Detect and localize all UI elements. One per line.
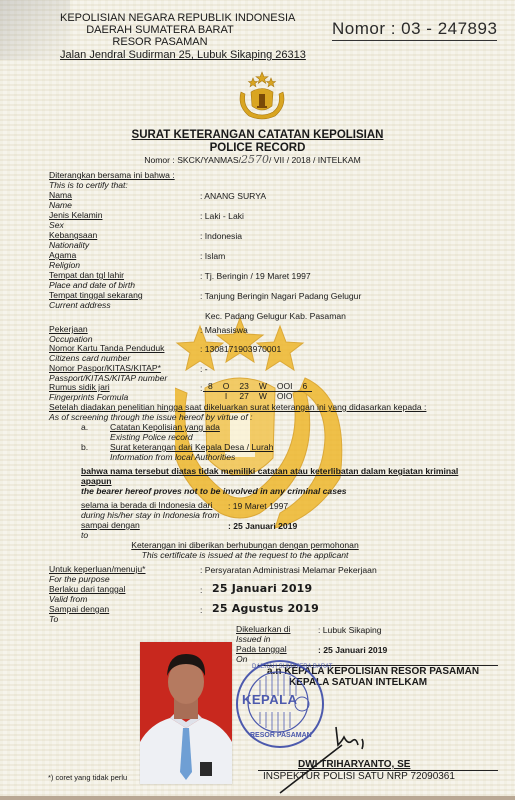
field-sex-label: Jenis Kelamin: [49, 210, 103, 220]
valid-to-value: 25 Agustus 2019: [212, 602, 319, 615]
field-address-value-2: Kec. Padang Gelugur Kab. Pasaman: [205, 311, 346, 321]
request-en: This certificate is issued at the reques…: [0, 550, 515, 560]
field-religion-label-en: Religion: [49, 260, 80, 270]
request-id: Keterangan ini diberikan berhubungan den…: [0, 540, 515, 550]
statement-en: the bearer hereof proves not to be invol…: [81, 486, 347, 496]
field-name-label: Nama: [49, 190, 72, 200]
doc-number-suffix: / VII / 2018 / INTELKAM: [269, 155, 361, 165]
stay-to-value: : 25 Januari 2019: [228, 521, 297, 531]
purpose-label-en: For the purpose: [49, 574, 110, 584]
serial-number: Nomor : 03 - 247893: [332, 19, 497, 41]
field-address-value: : Tanjung Beringin Nagari Padang Gelugur: [200, 291, 361, 301]
fp-top-5: 6: [297, 382, 312, 392]
stay-to-label: sampai dengan: [81, 520, 140, 530]
screening-item-a-en: Existing Police record: [110, 432, 193, 442]
fingerprint-row-top: 8 O 23 W OOI 6: [203, 382, 312, 392]
signatory-name: DWI TRIHARYANTO, SE: [298, 759, 410, 770]
person-portrait-icon: [140, 642, 232, 784]
purpose-label: Untuk keperluan/menuju*: [49, 564, 146, 574]
field-religion-label: Agama: [49, 250, 76, 260]
field-birth-label-en: Place and date of birth: [49, 280, 135, 290]
fingerprint-row-bottom: I 27 W OIO: [203, 392, 312, 402]
intro-id: Diterangkan bersama ini bahwa :: [49, 170, 175, 180]
field-occupation-value: : Mahasiswa: [200, 325, 248, 335]
field-birth-value: : Tj. Beringin / 19 Maret 1997: [200, 271, 311, 281]
field-address-label: Tempat tinggal sekarang: [49, 290, 143, 300]
fp-bottom-4: OIO: [272, 392, 298, 402]
signatory-rank: INSPEKTUR POLISI SATU NRP 72090361: [263, 771, 455, 782]
statement-id-line2: apapun: [81, 476, 112, 486]
footnote: *) coret yang tidak perlu: [48, 773, 127, 782]
fp-top-0: 8: [203, 382, 218, 392]
screening-item-a-marker: a.: [81, 422, 88, 432]
field-sex-label-en: Sex: [49, 220, 64, 230]
valid-from-label: Berlaku dari tanggal: [49, 584, 125, 594]
header-address: Jalan Jendral Sudirman 25, Lubuk Sikapin…: [60, 49, 260, 61]
field-occupation-label: Pekerjaan: [49, 324, 88, 334]
purpose-value: : Persyaratan Administrasi Melamar Peker…: [200, 565, 377, 575]
field-nationality-value: : Indonesia: [200, 231, 242, 241]
stay-to-label-en: to: [81, 530, 88, 540]
stay-from-value: : 19 Maret 1997: [228, 501, 288, 511]
field-name-label-en: Name: [49, 200, 72, 210]
field-religion-value: : Islam: [200, 251, 225, 261]
field-id-card-value: : 1308171903970001: [200, 344, 281, 354]
field-address-label-en: Current address: [49, 300, 111, 310]
field-passport-value: : -: [200, 364, 208, 374]
fingerprint-formula: 8 O 23 W OOI 6 I 27 W OIO: [203, 382, 312, 401]
stamp-ring-top: DAERAH SUMATERA BARAT: [252, 664, 332, 670]
field-sex-value: : Laki - Laki: [200, 211, 244, 221]
field-nationality-label: Kebangsaan: [49, 230, 97, 240]
valid-from-value: 25 Januari 2019: [212, 582, 312, 595]
fp-bottom-2: 27: [234, 392, 253, 402]
applicant-photo: [140, 642, 232, 784]
stamp-center-text: KEPALA: [242, 692, 297, 707]
screening-item-a-id: Catatan Kepolisian yang ada: [110, 422, 220, 432]
fp-bottom-0: [203, 392, 218, 402]
screening-item-b-marker: b.: [81, 442, 88, 452]
field-fingerprint-label-en: Fingerprints Formula: [49, 392, 128, 402]
police-emblem-icon: [233, 70, 291, 122]
issued-place-value: : Lubuk Sikaping: [318, 625, 382, 635]
field-nationality-label-en: Nationality: [49, 240, 89, 250]
intro-en: This is to certify that:: [49, 180, 128, 190]
valid-from-label-en: Valid from: [49, 594, 87, 604]
field-id-card-label-en: Citizens card number: [49, 353, 130, 363]
fp-bottom-3: W: [254, 392, 272, 402]
screening-item-b-id: Surat keterangan dari Kepala Desa / Lura…: [110, 442, 273, 452]
stay-from-label: selama ia berada di Indonesia dari: [81, 500, 212, 510]
issued-place-label: Dikeluarkan di: [236, 624, 290, 634]
screening-en: As of screening through the issue hereof…: [49, 412, 253, 422]
issued-date-value: : 25 Januari 2019: [318, 645, 387, 655]
field-passport-label: Nomor Paspor/KITAS/KITAP*: [49, 363, 161, 373]
field-id-card-label: Nomor Kartu Tanda Penduduk: [49, 343, 164, 353]
valid-to-label: Sampai dengan: [49, 604, 109, 614]
header-block: KEPOLISIAN NEGARA REPUBLIK INDONESIA DAE…: [60, 12, 260, 61]
doc-number-prefix: Nomor : SKCK/YANMAS/: [144, 155, 241, 165]
field-birth-label: Tempat dan tgl lahir: [49, 270, 124, 280]
valid-from-colon: :: [200, 585, 202, 595]
fp-bottom-1: I: [218, 392, 235, 402]
header-line2: DAERAH SUMATERA BARAT: [60, 24, 260, 36]
request-block: Keterangan ini diberikan berhubungan den…: [0, 540, 515, 560]
issued-date-label: Pada tanggal: [236, 644, 287, 654]
valid-to-label-en: To: [49, 614, 58, 624]
doc-number: Nomor : SKCK/YANMAS/2570/ VII / 2018 / I…: [0, 154, 515, 166]
doc-title: SURAT KETERANGAN CATATAN KEPOLISIAN: [0, 129, 515, 142]
field-fingerprint-label: Rumus sidik jari: [49, 382, 110, 392]
header-line3: RESOR PASAMAN: [60, 36, 260, 48]
title-block: SURAT KETERANGAN CATATAN KEPOLISIAN POLI…: [0, 129, 515, 166]
field-name-value: : ANANG SURYA: [200, 191, 266, 201]
screening-id: Setelah diadakan penelitian hingga saat …: [49, 402, 426, 412]
statement-id-line1: bahwa nama tersebut diatas tidak memilik…: [81, 466, 458, 476]
issued-place-label-en: Issued in: [236, 634, 270, 644]
screening-item-b-en: Information from local Authorities: [110, 452, 235, 462]
signature-icon: [270, 715, 380, 795]
police-record-document: KEPOLISIAN NEGARA REPUBLIK INDONESIA DAE…: [0, 0, 515, 796]
stay-from-label-en: during his/her stay in Indonesia from: [81, 510, 220, 520]
header-line1: KEPOLISIAN NEGARA REPUBLIK INDONESIA: [60, 12, 260, 24]
valid-to-colon: :: [200, 605, 202, 615]
doc-number-handwritten: 2570: [241, 153, 269, 166]
fp-bottom-5: [297, 392, 312, 402]
